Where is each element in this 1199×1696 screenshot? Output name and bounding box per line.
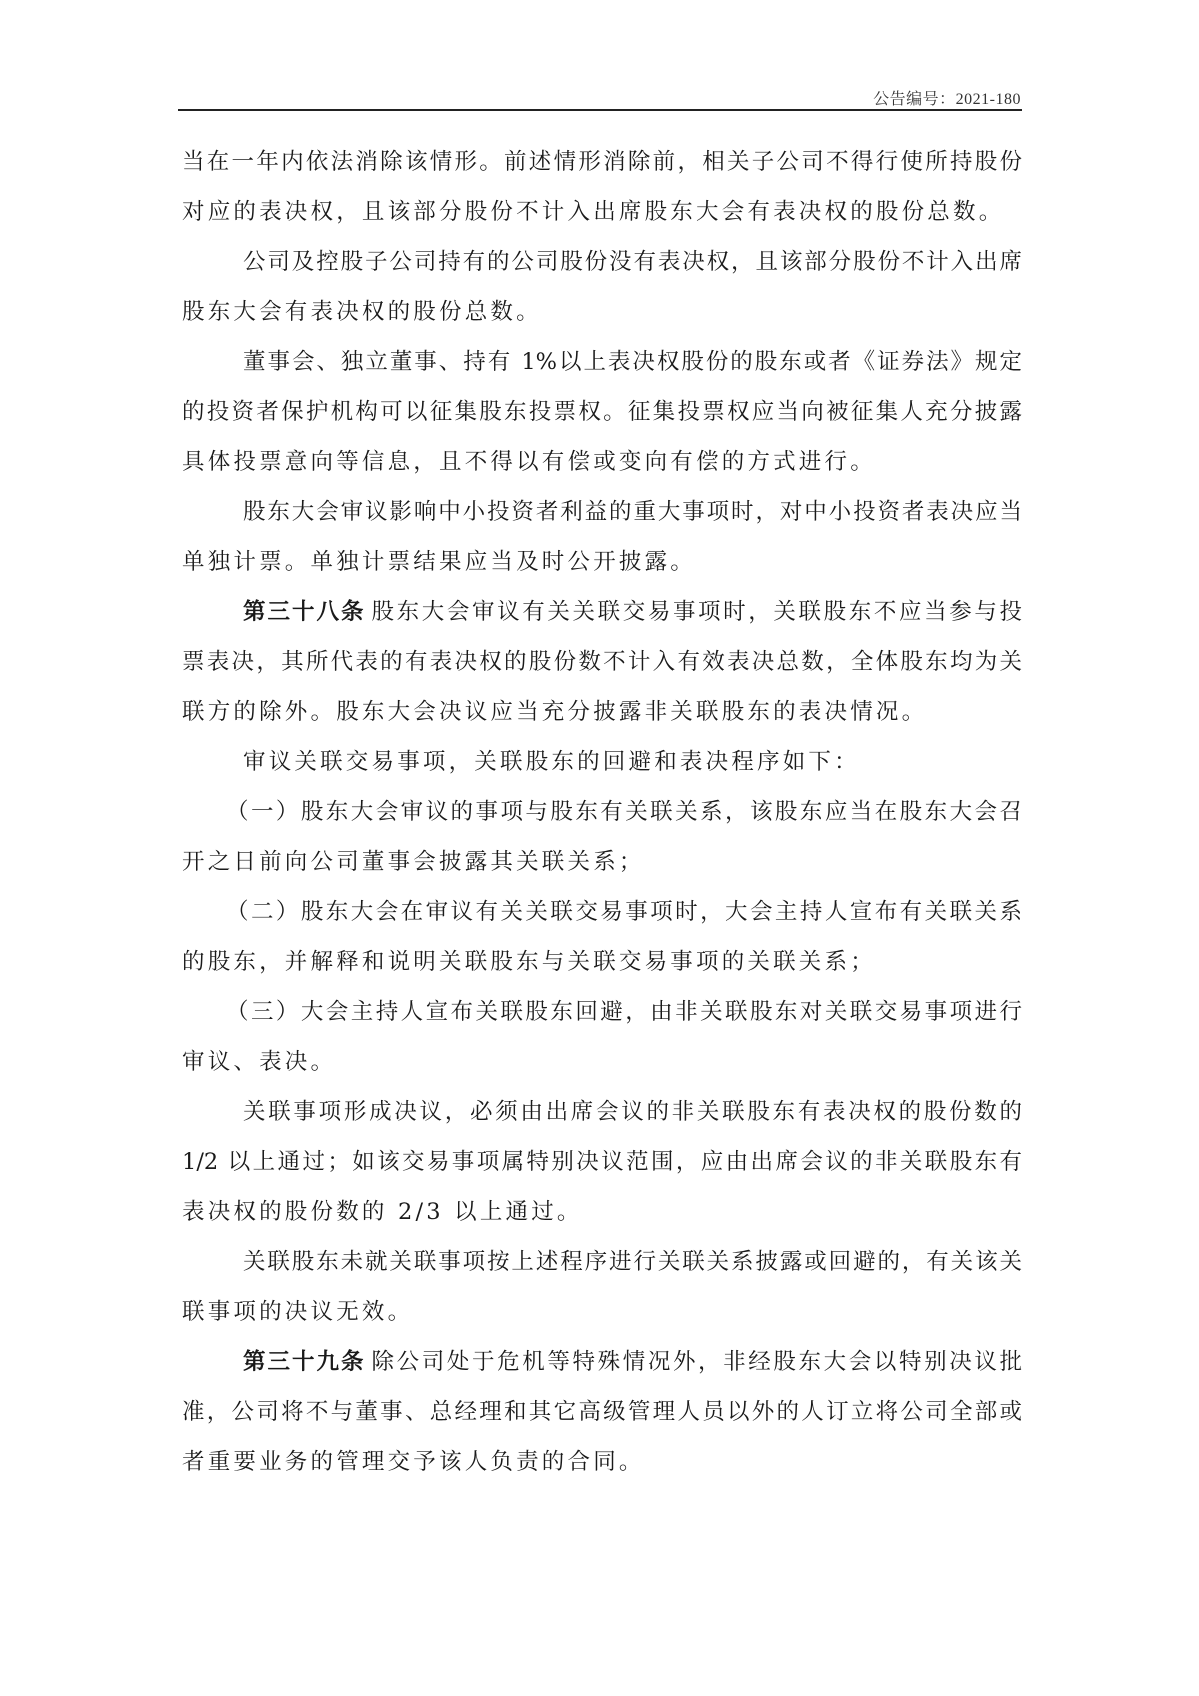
text-line: 票表决，其所代表的有表决权的股份数不计入有效表决总数，全体股东均为关 <box>182 647 1022 677</box>
text-line: 具体投票意向等信息，且不得以有偿或变向有偿的方式进行。 <box>182 447 1022 477</box>
text-span: 除公司处于危机等特殊情况外，非经股东大会以特别决议批 <box>372 1347 1022 1377</box>
text-line: 准，公司将不与董事、总经理和其它高级管理人员以外的人订立将公司全部或 <box>182 1397 1022 1427</box>
text-line: （三）大会主持人宣布关联股东回避，由非关联股东对关联交易事项进行 <box>226 997 1022 1027</box>
text-line: 表决权的股份数的 2/3 以上通过。 <box>182 1197 1022 1227</box>
text-line: 开之日前向公司董事会披露其关联关系； <box>182 847 1022 877</box>
text-line: 的投资者保护机构可以征集股东投票权。征集投票权应当向被征集人充分披露 <box>182 397 1022 427</box>
text-line: 当在一年内依法消除该情形。前述情形消除前，相关子公司不得行使所持股份 <box>182 147 1022 177</box>
text-line: 审议关联交易事项，关联股东的回避和表决程序如下： <box>243 747 1083 777</box>
text-line: （二）股东大会在审议有关关联交易事项时，大会主持人宣布有关联关系 <box>226 897 1022 927</box>
text-line: 单独计票。单独计票结果应当及时公开披露。 <box>182 547 1022 577</box>
text-line: 者重要业务的管理交予该人负责的合同。 <box>182 1447 1022 1477</box>
article-38-first-line: 第三十八条 股东大会审议有关关联交易事项时，关联股东不应当参与投 <box>243 597 1022 627</box>
text-line: 对应的表决权，且该部分股份不计入出席股东大会有表决权的股份总数。 <box>182 197 1022 227</box>
article-heading: 第三十八条 <box>243 597 366 627</box>
text-span: 股东大会审议有关关联交易事项时，关联股东不应当参与投 <box>372 597 1022 627</box>
text-line: 股东大会有表决权的股份总数。 <box>182 297 1022 327</box>
text-line: 的股东，并解释和说明关联股东与关联交易事项的关联关系； <box>182 947 1022 977</box>
article-39-first-line: 第三十九条 除公司处于危机等特殊情况外，非经股东大会以特别决议批 <box>243 1347 1022 1377</box>
text-line: 董事会、独立董事、持有 1%以上表决权股份的股东或者《证券法》规定 <box>243 347 1022 377</box>
text-line: 联事项的决议无效。 <box>182 1297 1022 1327</box>
text-line: 1/2 以上通过；如该交易事项属特别决议范围，应由出席会议的非关联股东有 <box>182 1147 1022 1177</box>
text-line: 关联事项形成决议，必须由出席会议的非关联股东有表决权的股份数的 <box>243 1097 1022 1127</box>
text-line: 公司及控股子公司持有的公司股份没有表决权，且该部分股份不计入出席 <box>243 247 1022 277</box>
header-divider <box>178 109 1022 111</box>
announcement-number: 公告编号：2021-180 <box>873 86 1021 109</box>
text-line: 审议、表决。 <box>182 1047 1022 1077</box>
text-line: （一）股东大会审议的事项与股东有关联关系，该股东应当在股东大会召 <box>226 797 1022 827</box>
article-heading: 第三十九条 <box>243 1347 366 1377</box>
text-line: 关联股东未就关联事项按上述程序进行关联关系披露或回避的，有关该关 <box>243 1247 1022 1277</box>
text-line: 股东大会审议影响中小投资者利益的重大事项时，对中小投资者表决应当 <box>243 497 1022 527</box>
text-line: 联方的除外。股东大会决议应当充分披露非关联股东的表决情况。 <box>182 697 1022 727</box>
